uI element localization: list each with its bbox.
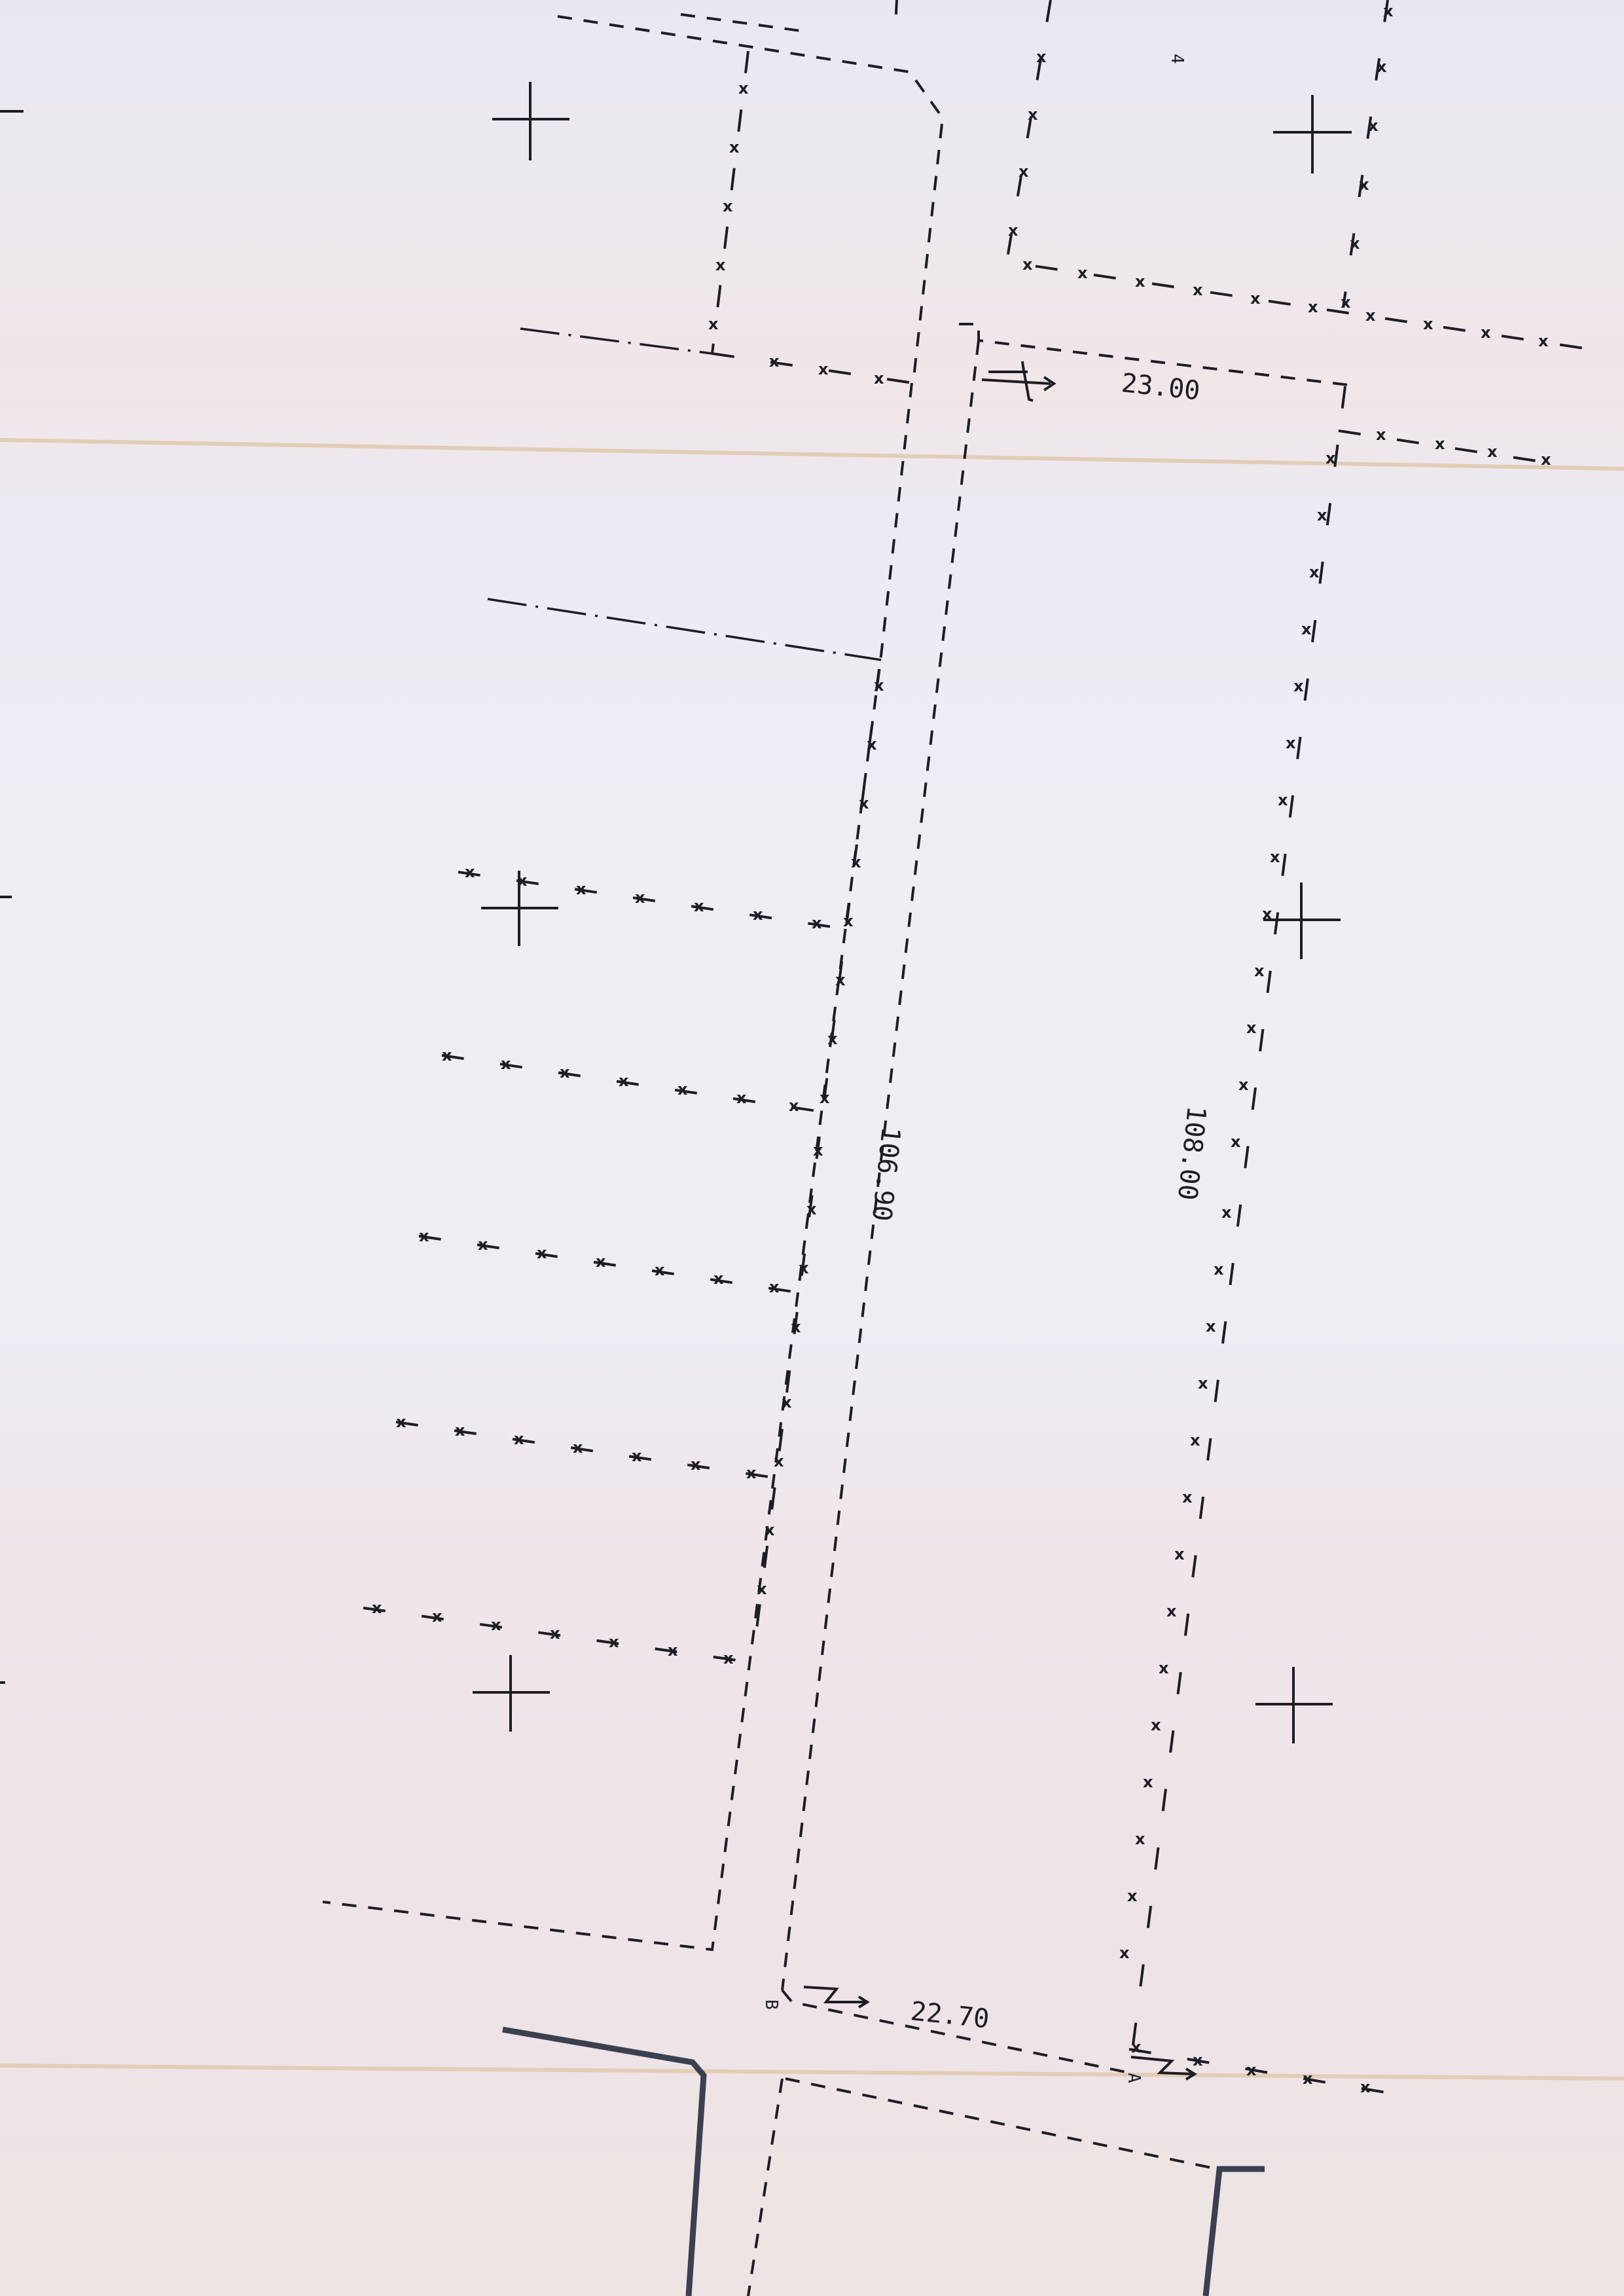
svg-text:x: x (1383, 2, 1394, 20)
svg-text:x: x (596, 1252, 606, 1271)
fence-markers: xxx (769, 352, 884, 388)
bottom-frontage-dimension: 22.70 (909, 1996, 991, 2034)
fence-markers: xx xx xx (1341, 2, 1394, 312)
svg-text:x: x (677, 1080, 688, 1099)
svg-text:x: x (465, 863, 475, 881)
svg-text:x: x (372, 1599, 382, 1617)
svg-text:x: x (757, 1580, 767, 1598)
svg-text:x: x (576, 880, 586, 898)
svg-text:x: x (1487, 443, 1498, 461)
heavy-road-edge-right (1206, 2169, 1265, 2296)
corner-label-a: A (1124, 2073, 1144, 2083)
survey-drawing: xx xx x xxx xx xx xx xx xx xx xx xx xx x… (0, 0, 1624, 2296)
svg-text:x: x (1538, 332, 1549, 350)
svg-text:x: x (396, 1413, 406, 1431)
svg-text:x: x (1119, 1944, 1130, 1962)
fence-markers: xxxx (1376, 426, 1551, 469)
svg-text:x: x (619, 1072, 629, 1090)
svg-text:x: x (1341, 293, 1351, 312)
svg-text:x: x (1238, 1076, 1249, 1094)
svg-text:x: x (1077, 264, 1088, 282)
svg-text:x: x (1286, 734, 1296, 752)
svg-text:x: x (789, 1097, 799, 1115)
svg-text:x: x (1246, 2061, 1257, 2079)
lot-fence-spurs: xxx xxxx xxx xxxx xxx xxxx xxx xxxx xxx … (363, 863, 851, 1667)
svg-text:x: x (1317, 506, 1327, 524)
svg-text:x: x (1435, 435, 1445, 453)
north-arrow-icon (982, 361, 1054, 401)
svg-text:x: x (609, 1633, 619, 1651)
svg-text:x: x (769, 1278, 780, 1296)
svg-text:x: x (1206, 1317, 1216, 1336)
svg-text:x: x (1166, 1602, 1177, 1620)
svg-text:x: x (1303, 2069, 1313, 2088)
svg-text:x: x (419, 1227, 429, 1245)
svg-text:x: x (1309, 563, 1320, 581)
road-boundary-top-left (558, 16, 943, 383)
svg-text:x: x (1541, 450, 1551, 469)
svg-text:x: x (1190, 1431, 1200, 1449)
svg-text:x: x (1193, 281, 1203, 299)
fence-markers: xx xx xx xx xx xx xx xx xx xx xx xx xx x… (1119, 449, 1336, 2056)
svg-text:x: x (668, 1641, 678, 1660)
svg-text:x: x (1270, 848, 1280, 866)
svg-text:x: x (791, 1318, 801, 1336)
svg-text:x: x (1301, 620, 1312, 638)
svg-text:x: x (813, 1141, 823, 1159)
svg-text:x: x (550, 1624, 560, 1643)
svg-text:x: x (1278, 791, 1288, 809)
svg-text:x: x (765, 1521, 775, 1539)
svg-text:x: x (723, 197, 733, 215)
svg-text:x: x (1350, 234, 1360, 253)
svg-text:x: x (1293, 677, 1304, 695)
svg-text:x: x (1159, 1659, 1169, 1677)
svg-text:x: x (478, 1235, 488, 1254)
svg-text:x: x (691, 1455, 701, 1474)
fold-crease-upper (0, 440, 1624, 469)
svg-text:x: x (1151, 1716, 1161, 1734)
svg-text:x: x (774, 1452, 784, 1470)
boundary-top-edge (895, 0, 897, 26)
svg-text:x: x (655, 1261, 665, 1279)
svg-text:x: x (442, 1046, 452, 1065)
fold-crease-lower (0, 2066, 1624, 2079)
svg-text:x: x (573, 1438, 583, 1457)
svg-text:x: x (843, 912, 854, 930)
svg-text:x: x (723, 1649, 734, 1667)
svg-text:x: x (1423, 315, 1434, 333)
faint-boundary-top (681, 14, 805, 31)
svg-text:x: x (1008, 221, 1019, 240)
svg-text:x: x (1221, 1203, 1232, 1222)
svg-text:x: x (874, 369, 884, 388)
svg-text:x: x (715, 256, 726, 274)
fence-parcel-4 (1007, 0, 1597, 350)
fence-markers: xx xx x (708, 79, 749, 333)
svg-text:x: x (1019, 162, 1029, 181)
fence-markers: xx xx xx xx xx xx xx (1008, 48, 1549, 350)
svg-text:x: x (1198, 1374, 1208, 1393)
svg-text:x: x (694, 897, 704, 915)
fence-parcel-4-right (1343, 0, 1388, 308)
svg-text:x: x (806, 1200, 817, 1218)
svg-text:x: x (1135, 1830, 1146, 1848)
svg-text:x: x (1028, 105, 1038, 124)
svg-text:x: x (1131, 2038, 1142, 2056)
svg-text:x: x (1182, 1488, 1193, 1506)
svg-text:x: x (632, 1447, 642, 1465)
right-side-fence (1129, 386, 1345, 2075)
svg-text:x: x (1036, 48, 1047, 66)
corner-label-b: B (761, 1999, 781, 2010)
svg-text:x: x (867, 735, 877, 754)
svg-text:x: x (1143, 1773, 1153, 1791)
svg-text:x: x (835, 971, 846, 989)
svg-text:x: x (1254, 962, 1265, 980)
survey-plan-sheet: xx xx x xxx xx xx xx xx xx xx xx xx xx x… (0, 0, 1624, 2296)
svg-text:x: x (1368, 117, 1379, 135)
left-side-dimension: 106.90 (866, 1125, 906, 1223)
svg-text:x: x (1481, 323, 1491, 342)
svg-text:x: x (820, 1089, 830, 1107)
svg-text:x: x (491, 1616, 501, 1634)
svg-text:x: x (432, 1607, 442, 1626)
north-arrow-icon (804, 1987, 867, 2007)
svg-text:x: x (812, 914, 822, 932)
svg-text:x: x (560, 1063, 570, 1082)
svg-text:x: x (1214, 1260, 1224, 1279)
svg-text:x: x (1308, 298, 1318, 316)
svg-text:x: x (1376, 426, 1386, 444)
svg-text:x: x (1246, 1019, 1257, 1037)
svg-text:x: x (1193, 2051, 1203, 2069)
svg-text:x: x (851, 853, 861, 871)
svg-text:x: x (708, 315, 719, 333)
svg-text:x: x (874, 676, 884, 695)
svg-text:x: x (1250, 289, 1261, 308)
svg-text:x: x (1326, 449, 1336, 467)
svg-text:x: x (1365, 306, 1376, 325)
svg-text:x: x (736, 1089, 747, 1107)
svg-text:x: x (782, 1393, 792, 1412)
svg-text:x: x (1377, 58, 1387, 76)
svg-text:x: x (1127, 1887, 1138, 1905)
parcel-number: 4 (1167, 54, 1187, 64)
top-frontage-dimension: 23.00 (1120, 368, 1202, 406)
svg-text:x: x (729, 138, 740, 156)
survey-cross-marks (473, 82, 1352, 1743)
svg-text:x: x (827, 1030, 838, 1048)
svg-text:x: x (738, 79, 749, 98)
fence-right-upper (1339, 431, 1571, 466)
right-side-dimension: 108.00 (1172, 1104, 1212, 1202)
svg-text:x: x (455, 1421, 465, 1440)
svg-text:x: x (769, 352, 780, 371)
svg-text:x: x (753, 905, 763, 924)
svg-text:x: x (713, 1269, 724, 1288)
svg-text:x: x (514, 1430, 524, 1448)
svg-text:x: x (1231, 1133, 1241, 1151)
property-line-upper-left (520, 329, 712, 354)
svg-text:x: x (537, 1244, 547, 1262)
svg-text:x: x (799, 1259, 809, 1277)
svg-text:x: x (859, 794, 869, 812)
svg-text:x: x (501, 1055, 511, 1073)
svg-text:x: x (746, 1464, 757, 1482)
svg-text:x: x (1359, 175, 1369, 194)
svg-text:x: x (1022, 255, 1033, 274)
svg-text:x: x (1360, 2078, 1371, 2096)
property-line-mid-left (488, 599, 881, 660)
lower-plot-boundary (785, 2079, 1214, 2168)
svg-text:x: x (1135, 272, 1146, 291)
road-centreline-lower (748, 2079, 782, 2296)
svg-text:x: x (1174, 1545, 1185, 1563)
svg-text:x: x (635, 888, 645, 907)
svg-text:x: x (818, 360, 829, 378)
